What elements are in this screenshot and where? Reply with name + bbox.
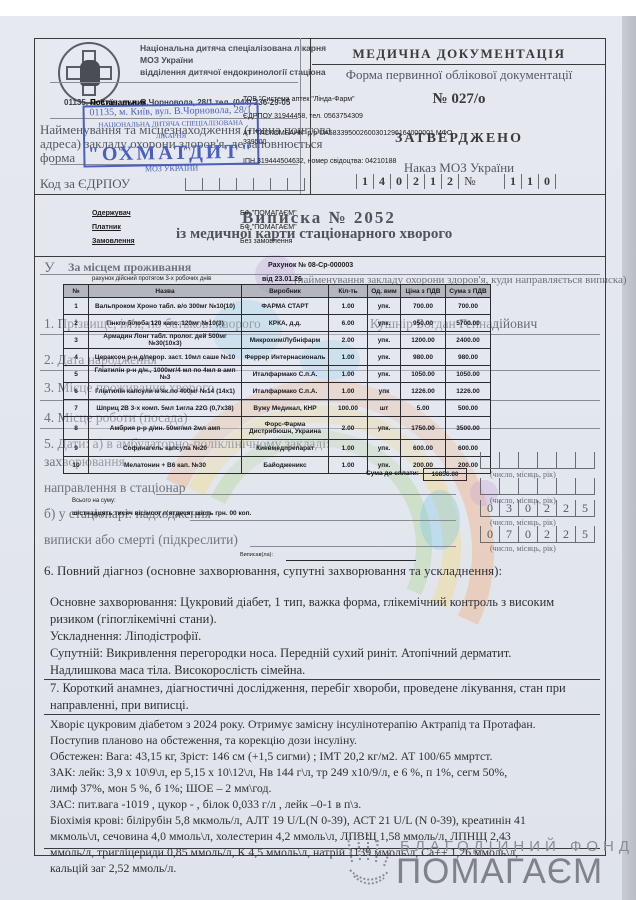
order-number-boxes: 1 4 0 2 1 2 № 1 1 0 xyxy=(356,174,556,189)
payer-label: Платник xyxy=(92,224,121,231)
diagnosis-main-1: Основне захворювання: Цукровий діабет, 1… xyxy=(50,594,554,611)
total-in-words: шістнадцять тисяч вісімсот п'ятдесят шіс… xyxy=(72,510,251,517)
form-number: № 027/о xyxy=(312,91,606,108)
invoice-validity: рахунок дійсний протягом 3-х робочих дні… xyxy=(92,276,211,282)
invoice-row: 7Шприц 2В 3-х комп. 5мл 1игла 22G (0,7x3… xyxy=(64,400,491,417)
extract-subtitle: із медичної карти стаціонарного хворого xyxy=(176,226,452,243)
total-value: 16856.00 xyxy=(423,468,467,481)
paper-edge xyxy=(622,16,636,900)
recipient-label: Одержувач xyxy=(92,210,131,217)
hospital-logo-icon xyxy=(58,42,120,104)
supplier-mfo: 339500 xyxy=(243,139,266,146)
diagnosis-heading: 6. Повний діагноз (основне захворювання,… xyxy=(44,562,502,579)
doc-subtitle: Форма первинної облікової документації xyxy=(312,67,606,83)
date-caption: (число, місяць, рік) xyxy=(490,544,556,553)
invoice-number: Рахунок № 08-Ср-000003 xyxy=(268,262,353,269)
diagnosis-concomitant-1: Супутній: Викривлення перегородки носа. … xyxy=(50,645,511,662)
anamnesis-heading-1: 7. Короткий анамнез, діагностичні дослід… xyxy=(50,680,566,697)
diagnosis-main-2: ризиком (гіпоглікемічні стани). xyxy=(50,611,217,628)
discharge-date: 070225 xyxy=(480,526,595,543)
edrpou-label: Код за ЄДРПОУ xyxy=(40,176,130,192)
invoice-row: 2Гінкго білоба 120 капс. 120мг №10(3)КРК… xyxy=(64,315,491,332)
field-discharge: виписки або смерті (підкреслити) xyxy=(44,532,238,548)
residence-label: За місцем проживання xyxy=(68,260,191,275)
invoice-row: 3Армадин Лонг табл. пролог. дей 500мг №3… xyxy=(64,332,491,349)
date-boxes-referral xyxy=(480,478,595,495)
diagnosis-complications: Ускладнення: Ліподістрофії. xyxy=(50,628,201,645)
total-label: Сума до сплати: xyxy=(366,470,419,477)
hospital-stamp: 01135, м. Київ, вул. В.Чорновола, 28/1 Н… xyxy=(82,102,259,167)
approved-label: ЗАТВЕРДЖЕНО xyxy=(312,131,606,147)
invoice-date: від 23.01.26 xyxy=(262,276,302,283)
invoice-row: 9Софинагель капсула №20Киевмедпрепарат1.… xyxy=(64,440,491,457)
hand-logo-icon xyxy=(344,832,396,892)
recipient-value: БФ "ПОМАГАЄМ" xyxy=(240,210,297,217)
payer-value: БФ "ПОМАГАЄМ" xyxy=(240,224,297,231)
invoice-header-row: № Назва Виробник Кіл-ть Од. вим Ціна з П… xyxy=(64,285,491,298)
supplier-edrpou: ЄДРПОУ 31944458, тел. 0563754309 xyxy=(243,113,363,120)
order-field-label: Замовлення xyxy=(92,238,135,245)
invoice-table: № Назва Виробник Кіл-ть Од. вим Ціна з П… xyxy=(63,284,491,474)
invoice-row: 5Гліатилін р-н д/н., 1000мг/4 мл по 4мл … xyxy=(64,366,491,383)
invoice-row: 4Цераксон р-н д/перор. заст. 10мл саше №… xyxy=(64,349,491,366)
hospital-name: Національна дитяча спеціалізована лікарн… xyxy=(140,42,326,78)
diagnosis-concomitant-2: Надлишкова маса тіла. Високорослість сім… xyxy=(50,662,305,679)
invoice-row: 6Гліатилін капсули м'як.по 400мг №14 (14… xyxy=(64,383,491,400)
anamnesis-heading-2: направленні, при виписці. xyxy=(50,697,189,714)
admission-date: 030225 xyxy=(480,500,595,517)
order-field-value: Без замовлення xyxy=(240,238,292,245)
date-boxes-illness xyxy=(480,452,595,469)
edrpou-boxes xyxy=(185,178,305,191)
words-label: Всього на суму: xyxy=(72,498,116,504)
doc-title: МЕДИЧНА ДОКУМЕНТАЦІЯ xyxy=(312,46,606,62)
issued-by-label: Виписав(ла): xyxy=(240,552,273,558)
invoice-row: 8Амбрия р-р д/ин. 50мг/мл 2мл ампФорс-Фа… xyxy=(64,417,491,440)
invoice-row: 1Вальпроком Хроно табл. в/о 300мг №10(10… xyxy=(64,298,491,315)
fund-name: ПОМАГАЄМ xyxy=(396,852,603,892)
